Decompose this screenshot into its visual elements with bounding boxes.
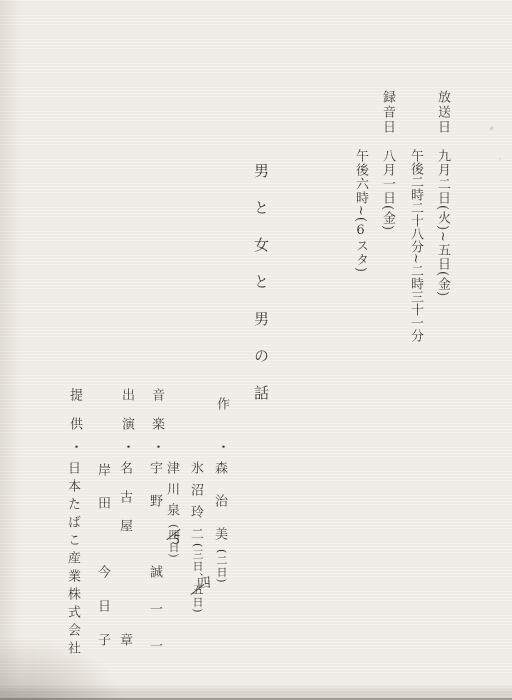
author-separator-dot: ・ [215,440,228,454]
recording-date-label: 録音日 [381,90,394,135]
actor1-given-name: 章 [118,633,131,647]
sponsor-separator-dot: ・ [68,440,81,454]
broadcast-time-value: 午後二時二十八分~二時三十一分 [409,149,422,342]
author-section-label: 作 [215,397,228,411]
composer-surname: 宇野 [148,461,161,527]
studio-number: 6 [353,223,368,239]
broadcast-date-value: 九月二日(火)~五日(金) [436,149,449,297]
sponsor-name: 日本たばこ産業株式会社 [66,461,79,659]
coauthor1-name: 氷沼玲二 [189,461,202,549]
paper-speck [499,158,501,160]
broadcast-date-label: 放送日 [436,90,449,135]
coauthor1-note-end: 日) [191,596,204,613]
paper-speck [489,126,494,132]
coauthor2-name: 津川泉 [165,461,178,524]
handwritten-correction-day-four: 四 [197,576,212,592]
cast-section-label: 出演 [120,388,133,446]
actor2-surname: 岸田 [96,463,109,529]
recording-time-suffix: スタ) [353,239,368,273]
music-separator-dot: ・ [150,440,163,454]
composer-given-name: 誠一一 [148,565,161,676]
music-section-label: 音楽 [150,388,163,446]
scanned-script-cover-page: 放送日 九月二日(火)~五日(金) 午後二時二十八分~二時三十一分 録音日 八月… [0,0,512,700]
recording-time-prefix: 午後六時~( [353,149,368,223]
author-note-days: (二日) [216,549,227,584]
actor1-surname: 名古屋 [118,461,131,548]
actor2-given-name: 今日子 [96,565,109,667]
recording-time-value: 午後六時~(6スタ) [354,149,367,273]
drama-title: 男と女と男の話 [253,163,268,422]
author-name: 森治美 [213,461,226,560]
cast-separator-dot: ・ [120,440,133,454]
recording-date-value: 八月一日(金) [381,149,394,231]
sponsor-section-label: 提供 [68,388,81,446]
